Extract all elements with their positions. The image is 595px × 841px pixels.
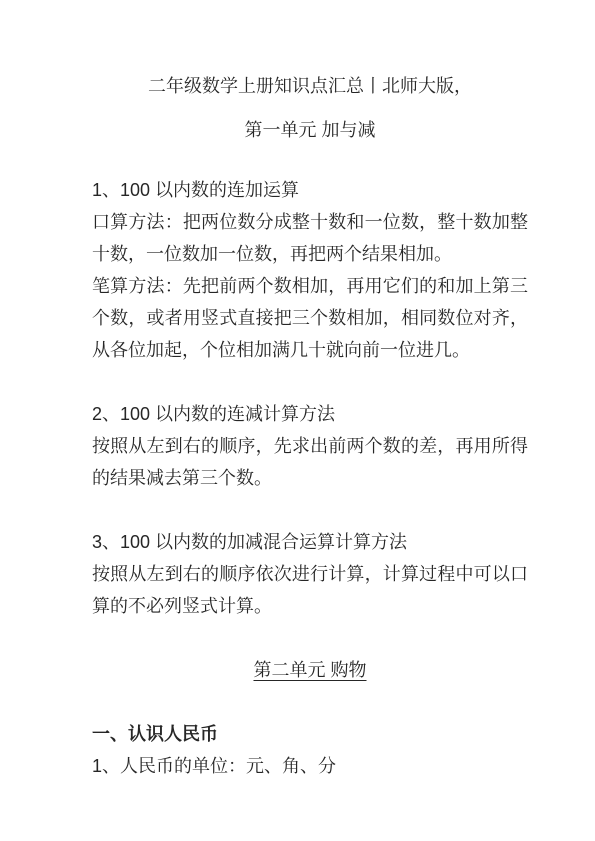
unit1-point1-title: 1、100 以内数的连加运算 (92, 174, 528, 206)
unit2-heading: 第二单元 购物 (92, 654, 528, 686)
unit1-point1-oral-method: 口算方法：把两位数分成整十数和一位数，整十数加整十数，一位数加一位数，再把两个结… (92, 206, 528, 270)
unit1-point3-method: 按照从左到右的顺序依次进行计算，计算过程中可以口算的不必列竖式计算。 (92, 558, 528, 622)
unit1-point3-title: 3、100 以内数的加减混合运算计算方法 (92, 526, 528, 558)
unit1-point1-written-method: 笔算方法：先把前两个数相加，再用它们的和加上第三个数，或者用竖式直接把三个数相加… (92, 270, 528, 366)
unit1-point2-method: 按照从左到右的顺序，先求出前两个数的差，再用所得的结果减去第三个数。 (92, 430, 528, 494)
doc-title: 二年级数学上册知识点汇总丨北师大版， (92, 70, 528, 102)
unit1-heading: 第一单元 加与减 (92, 114, 528, 146)
unit1-point2-title: 2、100 以内数的连减计算方法 (92, 398, 528, 430)
unit2-section1-title: 一、认识人民币 (92, 718, 528, 750)
document-page: 二年级数学上册知识点汇总丨北师大版， 第一单元 加与减 1、100 以内数的连加… (0, 0, 595, 841)
unit2-section1-point1: 1、人民币的单位：元、角、分 (92, 750, 528, 782)
